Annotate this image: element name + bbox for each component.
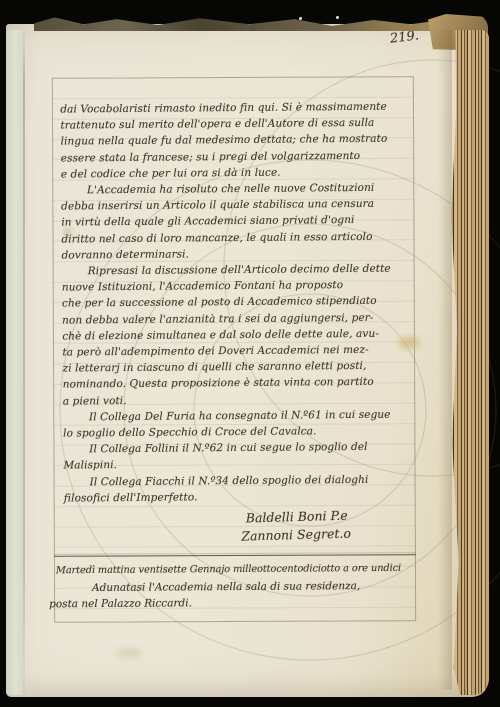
paper-speck <box>299 17 302 20</box>
signature-secretary: Zannoni Segret.o <box>241 525 351 546</box>
manuscript-paragraph: Il Collega Fiacchi il N.º34 dello spogli… <box>63 471 411 506</box>
fore-edge-shadow <box>438 30 452 690</box>
manuscript-line: diritto nel caso di loro mancanze, le qu… <box>61 228 409 247</box>
manuscript-paragraph: Il Collega Del Furia ha consegnato il N.… <box>63 406 411 441</box>
manuscript-scan: 219. dai Vocabolaristi rimasto inedito f… <box>0 0 500 707</box>
separator-rule <box>54 554 416 557</box>
manuscript-paragraph: Ripresasi la discussione dell'Articolo d… <box>62 261 411 410</box>
manuscript-line: filosofici dell'Imperfetto. <box>64 487 412 506</box>
manuscript-line: Il Collega Fiacchi il N.º34 dello spogli… <box>63 471 411 490</box>
binding-crease <box>23 28 25 694</box>
manuscript-line: Il Collega Del Furia ha consegnato il N.… <box>63 406 411 425</box>
flyleaf-edge <box>6 30 23 695</box>
signature-block: Baldelli Boni P.e Zannoni Segret.o <box>246 507 352 546</box>
session-line: Martedì mattina ventisette Gennajo mille… <box>56 561 412 580</box>
next-session-heading: Martedì mattina ventisette Gennajo mille… <box>56 561 412 613</box>
manuscript-paragraph: dai Vocabolaristi rimasto inedito fin qu… <box>60 98 409 182</box>
paper-stain <box>398 336 420 349</box>
paper-stain <box>64 228 71 237</box>
session-line: posta nel Palazzo Riccardi. <box>49 594 412 613</box>
manuscript-paragraph: Il Collega Follini il N.º62 in cui segue… <box>63 439 411 474</box>
paper-speck <box>336 16 339 19</box>
paper-stain <box>116 648 142 658</box>
manuscript-line: nominando. Questa proposizione è stata v… <box>63 374 411 393</box>
session-line: Adunatasi l'Accademia nella sala di sua … <box>56 577 412 596</box>
manuscript-body: dai Vocabolaristi rimasto inedito fin qu… <box>60 98 412 506</box>
manuscript-line: essere stata la francese; su i pregi del… <box>61 147 409 166</box>
manuscript-line: Ripresasi la discussione dell'Articolo d… <box>62 261 410 280</box>
manuscript-paragraph: L'Accademia ha risoluto che nelle nuove … <box>61 180 410 264</box>
torn-top-edge <box>34 14 448 31</box>
